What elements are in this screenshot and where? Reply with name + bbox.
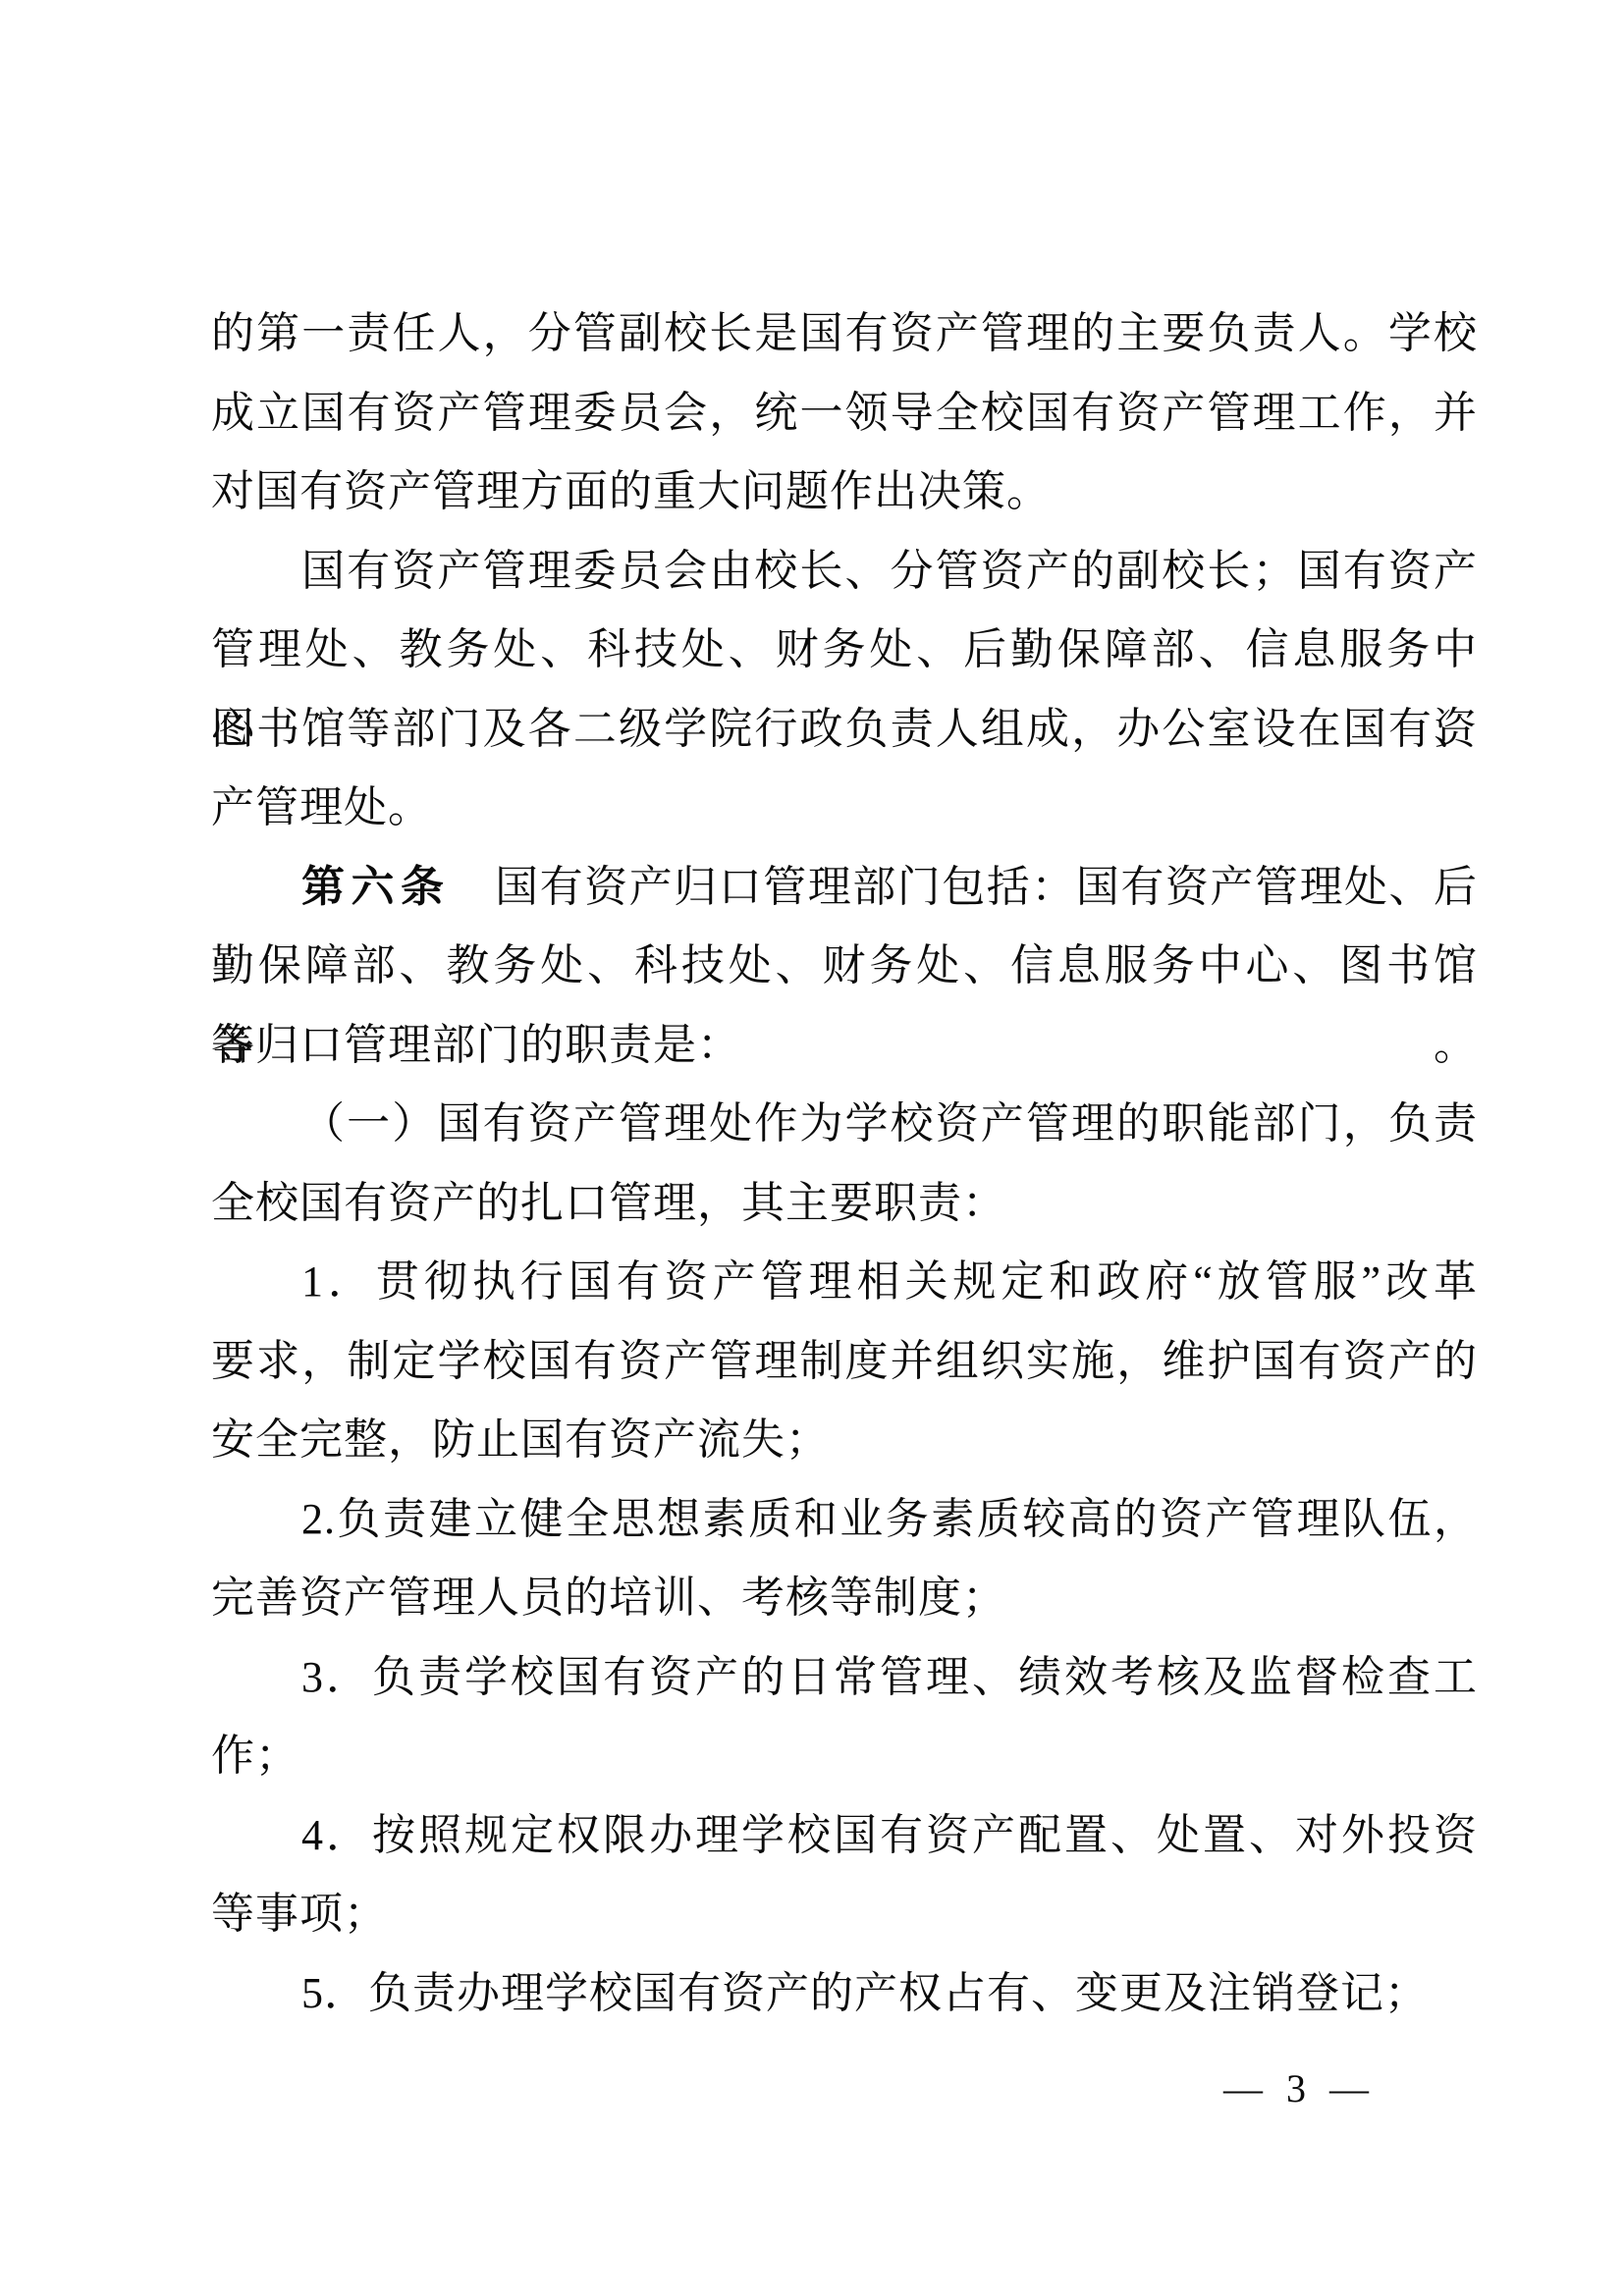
text-run: 全校国有资产的扎口管理，其主要职责：	[211, 1179, 1006, 1227]
text-run: 图书馆等部门及各二级学院行政负责人组成，办公室设在国有资	[211, 705, 1478, 753]
text-line: 全校国有资产的扎口管理，其主要职责：	[211, 1164, 1478, 1244]
text-run: 产管理处。	[211, 783, 432, 831]
text-run: 4．按照规定权限办理学校国有资产配置、处置、对外投资	[301, 1811, 1478, 1859]
text-run: 各归口管理部门的职责是：	[211, 1021, 741, 1069]
text-run: 3．负责学校国有资产的日常管理、绩效考核及监督检查工	[301, 1653, 1478, 1701]
text-run: 1．贯彻执行国有资产管理相关规定和政府“放管服”改革	[301, 1257, 1478, 1306]
text-run: （一）国有资产管理处作为学校资产管理的职能部门，负责	[301, 1099, 1478, 1148]
text-line: 2.负责建立健全思想素质和业务素质较高的资产管理队伍，	[211, 1480, 1478, 1560]
text-line: 5．负责办理学校国有资产的产权占有、变更及注销登记；	[211, 1954, 1478, 2034]
text-line: 对国有资产管理方面的重大问题作出决策。	[211, 453, 1478, 532]
text-line: 安全完整，防止国有资产流失；	[211, 1401, 1478, 1480]
text-line: 4．按照规定权限办理学校国有资产配置、处置、对外投资	[211, 1796, 1478, 1876]
text-line: 管理处、教务处、科技处、财务处、后勤保障部、信息服务中心、	[211, 611, 1478, 690]
text-line: 国有资产管理委员会由校长、分管资产的副校长；国有资产	[211, 532, 1478, 612]
text-line: 要求，制定学校国有资产管理制度并组织实施，维护国有资产的	[211, 1322, 1478, 1402]
text-line: （一）国有资产管理处作为学校资产管理的职能部门，负责	[211, 1085, 1478, 1164]
text-run: 要求，制定学校国有资产管理制度并组织实施，维护国有资产的	[211, 1337, 1478, 1385]
text-line: 勤保障部、教务处、科技处、财务处、信息服务中心、图书馆等。	[211, 927, 1478, 1006]
text-run: 作；	[211, 1732, 299, 1780]
text-run: 对国有资产管理方面的重大问题作出决策。	[211, 467, 1051, 515]
text-line-article-six: 第六条 国有资产归口管理部门包括：国有资产管理处、后	[211, 848, 1478, 928]
text-run: 国有资产管理委员会由校长、分管资产的副校长；国有资产	[301, 547, 1478, 595]
text-run: 等事项；	[211, 1890, 388, 1938]
article-number-label: 第六条	[301, 863, 451, 911]
text-run: 5．负责办理学校国有资产的产权占有、变更及注销登记；	[301, 1969, 1429, 2017]
text-run: 安全完整，防止国有资产流失；	[211, 1415, 830, 1464]
text-line: 图书馆等部门及各二级学院行政负责人组成，办公室设在国有资	[211, 690, 1478, 770]
text-run: 2.负责建立健全思想素质和业务素质较高的资产管理队伍，	[301, 1495, 1478, 1543]
text-line: 产管理处。	[211, 769, 1478, 848]
text-line: 成立国有资产管理委员会，统一领导全校国有资产管理工作，并	[211, 374, 1478, 454]
text-line: 等事项；	[211, 1875, 1478, 1954]
document-body: 的第一责任人，分管副校长是国有资产管理的主要负责人。学校 成立国有资产管理委员会…	[211, 294, 1478, 2033]
text-run: 成立国有资产管理委员会，统一领导全校国有资产管理工作，并	[211, 389, 1478, 437]
text-line: 完善资产管理人员的培训、考核等制度；	[211, 1559, 1478, 1638]
text-run: 国有资产归口管理部门包括：国有资产管理处、后	[451, 863, 1478, 911]
text-run: 完善资产管理人员的培训、考核等制度；	[211, 1574, 1006, 1622]
text-line: 1．贯彻执行国有资产管理相关规定和政府“放管服”改革	[211, 1243, 1478, 1322]
page-number: — 3 —	[1218, 2061, 1375, 2116]
text-run: 的第一责任人，分管副校长是国有资产管理的主要负责人。学校	[211, 309, 1478, 357]
text-line: 3．负责学校国有资产的日常管理、绩效考核及监督检查工	[211, 1638, 1478, 1718]
text-line: 作；	[211, 1717, 1478, 1796]
document-page: 的第一责任人，分管副校长是国有资产管理的主要负责人。学校 成立国有资产管理委员会…	[0, 0, 1624, 2296]
text-line: 的第一责任人，分管副校长是国有资产管理的主要负责人。学校	[211, 294, 1478, 374]
